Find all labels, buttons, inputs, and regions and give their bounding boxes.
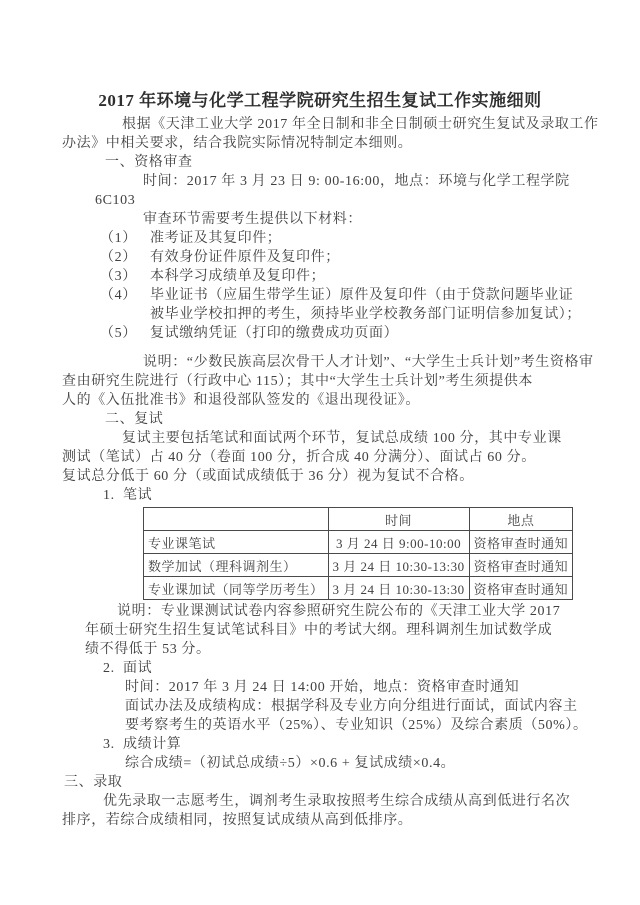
text-line: 1.笔试 [0,486,640,505]
text-line: （2）有效身份证件原件及复印件； [0,248,640,267]
table-header-cell: 时间 [328,508,469,531]
text-line-content: 复试总分低于 60 分（或面试成绩低于 36 分）视为复试不合格。 [62,469,474,484]
list-marker: （4） [100,286,150,305]
text-line: 3.成绩计算 [0,735,640,754]
text-line-content: 有效身份证件原件及复印件； [150,250,340,265]
text-line-content: 准考证及其复印件； [150,231,281,246]
text-line-content: 复试缴纳凭证（打印的缴费成功页面） [150,326,398,341]
text-line: 排序，若综合成绩相同，按照复试成绩从高到低排序。 [0,811,640,830]
table-cell: 3 月 24 日 9:00-10:00 [328,531,469,554]
text-line-content: 优先录取一志愿考生，调剂考生录取按照考生综合成绩从高到低进行名次 [103,794,570,809]
table-cell: 资格审查时通知 [469,554,573,577]
text-line-content: 时间：2017 年 3 月 24 日 14:00 开始，地点：资格审查时通知 [125,680,519,695]
list-marker: （2） [100,248,150,267]
text-line: 要考察考生的英语水平（25%）、专业知识（25%）及综合素质（50%）。 [0,716,640,735]
text-line: 年硕士研究生招生复试笔试科目》中的考试大纲。理科调剂生加试数学成 [0,621,640,640]
text-line-content: 审查环节需要考生提供以下材料： [143,212,362,227]
text-line-content: 要考察考生的英语水平（25%）、专业知识（25%）及综合素质（50%）。 [125,718,588,733]
text-line-content: 本科学习成绩单及复印件； [150,269,325,284]
text-line-content: 测试（笔试）占 40 分（卷面 100 分，折合成 40 分满分）、面试占 60… [62,450,536,465]
text-line: 人的《入伍批准书》和退役部队签发的《退出现役证》。 [0,391,640,410]
text-line-content: 面试 [123,661,152,676]
table-row: 专业课加试（同等学历考生）3 月 24 日 10:30-13:30资格审查时通知 [144,577,573,600]
table-cell: 3 月 24 日 10:30-13:30 [328,554,469,577]
text-line-content: 人的《入伍批准书》和退役部队签发的《退出现役证》。 [62,393,420,408]
text-line: 根据《天津工业大学 2017 年全日制和非全日制硕士研究生复试及录取工作 [0,115,640,134]
list-marker: （1） [100,229,150,248]
text-line: 时间：2017 年 3 月 24 日 14:00 开始，地点：资格审查时通知 [0,678,640,697]
text-line-content: 笔试 [123,488,152,503]
text-line: 复试总分低于 60 分（或面试成绩低于 36 分）视为复试不合格。 [0,467,640,486]
table-cell: 专业课加试（同等学历考生） [144,577,329,600]
table-cell: 资格审查时通知 [469,531,573,554]
text-line: 审查环节需要考生提供以下材料： [0,210,640,229]
text-line: （3）本科学习成绩单及复印件； [0,267,640,286]
text-line: 二、复试 [0,410,640,429]
text-line: 复试主要包括笔试和面试两个环节，复试总成绩 100 分，其中专业课 [0,429,640,448]
text-line: 综合成绩=（初试总成绩÷5）×0.6 + 复试成绩×0.4。 [0,754,640,773]
table-row: 数学加试（理科调剂生）3 月 24 日 10:30-13:30资格审查时通知 [144,554,573,577]
list-marker: 2. [103,659,123,678]
list-marker: 3. [103,735,123,754]
table-cell: 数学加试（理科调剂生） [144,554,329,577]
table-header-row: 时间地点 [144,508,573,531]
text-line: 绩不得低于 53 分。 [0,640,640,659]
text-line-content: 绩不得低于 53 分。 [85,642,211,657]
text-line-content: 复试主要包括笔试和面试两个环节，复试总成绩 100 分，其中专业课 [122,431,562,446]
document-body: 根据《天津工业大学 2017 年全日制和非全日制硕士研究生复试及录取工作办法》中… [0,115,640,830]
text-line-content: 时间：2017 年 3 月 23 日 9: 00-16:00，地点：环境与化学工… [143,174,570,189]
text-line: 查由研究生院进行（行政中心 115）；其中“大学生士兵计划”考生须提供本 [0,372,640,391]
text-line-content: 排序，若综合成绩相同，按照复试成绩从高到低排序。 [62,813,412,828]
text-line-content: 查由研究生院进行（行政中心 115）；其中“大学生士兵计划”考生须提供本 [62,374,533,389]
text-line-content: 综合成绩=（初试总成绩÷5）×0.6 + 复试成绩×0.4。 [125,756,455,771]
text-line: （1）准考证及其复印件； [0,229,640,248]
text-line-content: 三、录取 [64,775,122,790]
text-line-content: 被毕业学校扣押的考生，须持毕业学校教务部门证明信参加复试）； [150,307,581,322]
table-cell: 资格审查时通知 [469,577,573,600]
text-line: （5）复试缴纳凭证（打印的缴费成功页面） [0,324,640,343]
list-marker: （5） [100,324,150,343]
table-cell: 专业课笔试 [144,531,329,554]
list-marker: （3） [100,267,150,286]
text-line-content: 根据《天津工业大学 2017 年全日制和非全日制硕士研究生复试及录取工作 [122,117,599,132]
text-line: （4）毕业证书（应届生带学生证）原件及复印件（由于贷款问题毕业证 [0,286,640,305]
text-line-content: 说明：专业课测试试卷内容参照研究生院公布的《天津工业大学 2017 [117,604,560,619]
text-line: 一、资格审查 [0,153,640,172]
text-line-content: 成绩计算 [123,737,181,752]
text-line-content: 年硕士研究生招生复试笔试科目》中的考试大纲。理科调剂生加试数学成 [85,623,552,638]
text-line: 三、录取 [0,773,640,792]
paragraph-gap [0,343,640,353]
text-line: 2.面试 [0,659,640,678]
text-line: 时间：2017 年 3 月 23 日 9: 00-16:00，地点：环境与化学工… [0,172,640,191]
text-line-content: 一、资格审查 [105,155,193,170]
text-line: 面试办法及成绩构成：根据学科及专业方向分组进行面试，面试内容主 [0,697,640,716]
text-line: 说明：专业课测试试卷内容参照研究生院公布的《天津工业大学 2017 [0,602,640,621]
text-line-content: 办法》中相关要求，结合我院实际情况特制定本细则。 [62,136,412,151]
written-test-schedule-table: 时间地点专业课笔试3 月 24 日 9:00-10:00资格审查时通知数学加试（… [143,507,573,600]
table-cell: 3 月 24 日 10:30-13:30 [328,577,469,600]
text-line: 优先录取一志愿考生，调剂考生录取按照考生综合成绩从高到低进行名次 [0,792,640,811]
text-line-content: 二、复试 [105,412,163,427]
text-line-content: 说明：“少数民族高层次骨干人才计划”、“大学生士兵计划”考生资格审 [143,355,594,370]
text-line-content: 6C103 [95,193,135,208]
text-line: 测试（笔试）占 40 分（卷面 100 分，折合成 40 分满分）、面试占 60… [0,448,640,467]
text-line: 6C103 [0,191,640,210]
text-line-content: 面试办法及成绩构成：根据学科及专业方向分组进行面试，面试内容主 [125,699,578,714]
text-line: 办法》中相关要求，结合我院实际情况特制定本细则。 [0,134,640,153]
list-marker: 1. [103,486,123,505]
table-header-cell: 地点 [469,508,573,531]
text-line: 被毕业学校扣押的考生，须持毕业学校教务部门证明信参加复试）； [0,305,640,324]
text-line: 说明：“少数民族高层次骨干人才计划”、“大学生士兵计划”考生资格审 [0,353,640,372]
text-line-content: 毕业证书（应届生带学生证）原件及复印件（由于贷款问题毕业证 [150,288,573,303]
document-page: 2017 年环境与化学工程学院研究生招生复试工作实施细则 根据《天津工业大学 2… [0,0,640,905]
table-row: 专业课笔试3 月 24 日 9:00-10:00资格审查时通知 [144,531,573,554]
table-header-cell [144,508,329,531]
document-title: 2017 年环境与化学工程学院研究生招生复试工作实施细则 [0,86,640,108]
